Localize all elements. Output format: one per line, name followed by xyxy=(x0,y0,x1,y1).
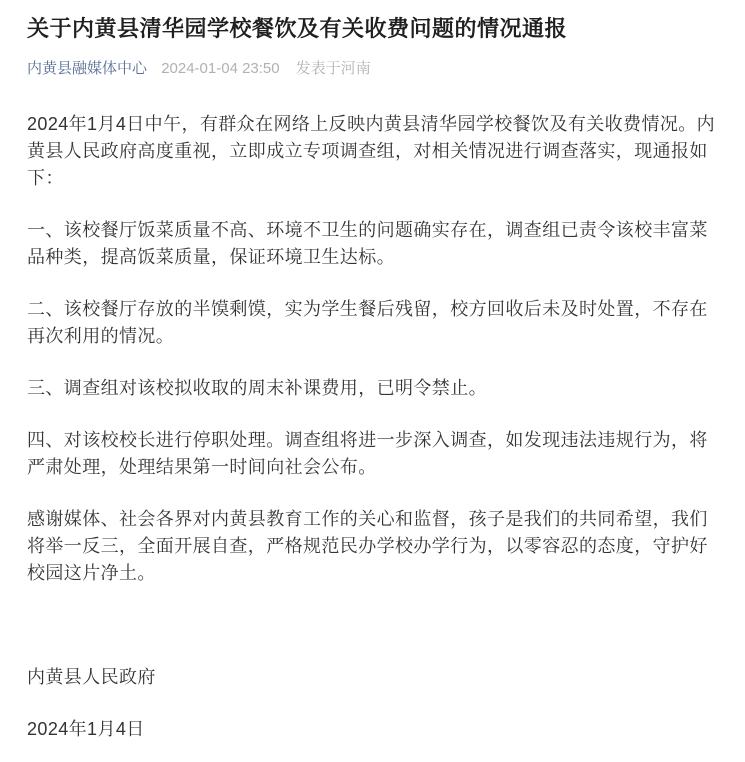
paragraph-item-3: 三、调查组对该校拟收取的周末补课费用，已明令禁止。 xyxy=(27,375,718,402)
article-body: 2024年1月4日中午，有群众在网络上反映内黄县清华园学校餐饮及有关收费情况。内… xyxy=(27,111,718,743)
signature: 内黄县人民政府 xyxy=(27,664,718,691)
paragraph-closing: 感谢媒体、社会各界对内黄县教育工作的关心和监督，孩子是我们的共同希望，我们将举一… xyxy=(27,506,718,587)
byline: 内黄县融媒体中心 2024-01-04 23:50 发表于河南 xyxy=(27,58,718,79)
blank-line xyxy=(27,612,718,639)
paragraph-intro: 2024年1月4日中午，有群众在网络上反映内黄县清华园学校餐饮及有关收费情况。内… xyxy=(27,111,718,192)
publish-datetime: 2024-01-04 23:50 xyxy=(161,60,279,77)
publish-location: 发表于河南 xyxy=(296,60,371,77)
sign-date: 2024年1月4日 xyxy=(27,716,718,743)
paragraph-item-1: 一、该校餐厅饭菜质量不高、环境不卫生的问题确实存在，调查组已责令该校丰富菜品种类… xyxy=(27,217,718,271)
paragraph-item-2: 二、该校餐厅存放的半馍剩馍，实为学生餐后残留，校方回收后未及时处置，不存在再次利… xyxy=(27,296,718,350)
article-page: 关于内黄县清华园学校餐饮及有关收费问题的情况通报 内黄县融媒体中心 2024-0… xyxy=(0,0,745,762)
article-title: 关于内黄县清华园学校餐饮及有关收费问题的情况通报 xyxy=(27,14,718,44)
account-name-link[interactable]: 内黄县融媒体中心 xyxy=(27,60,147,77)
paragraph-item-4: 四、对该校校长进行停职处理。调查组将进一步深入调查，如发现违法违规行为，将严肃处… xyxy=(27,427,718,481)
